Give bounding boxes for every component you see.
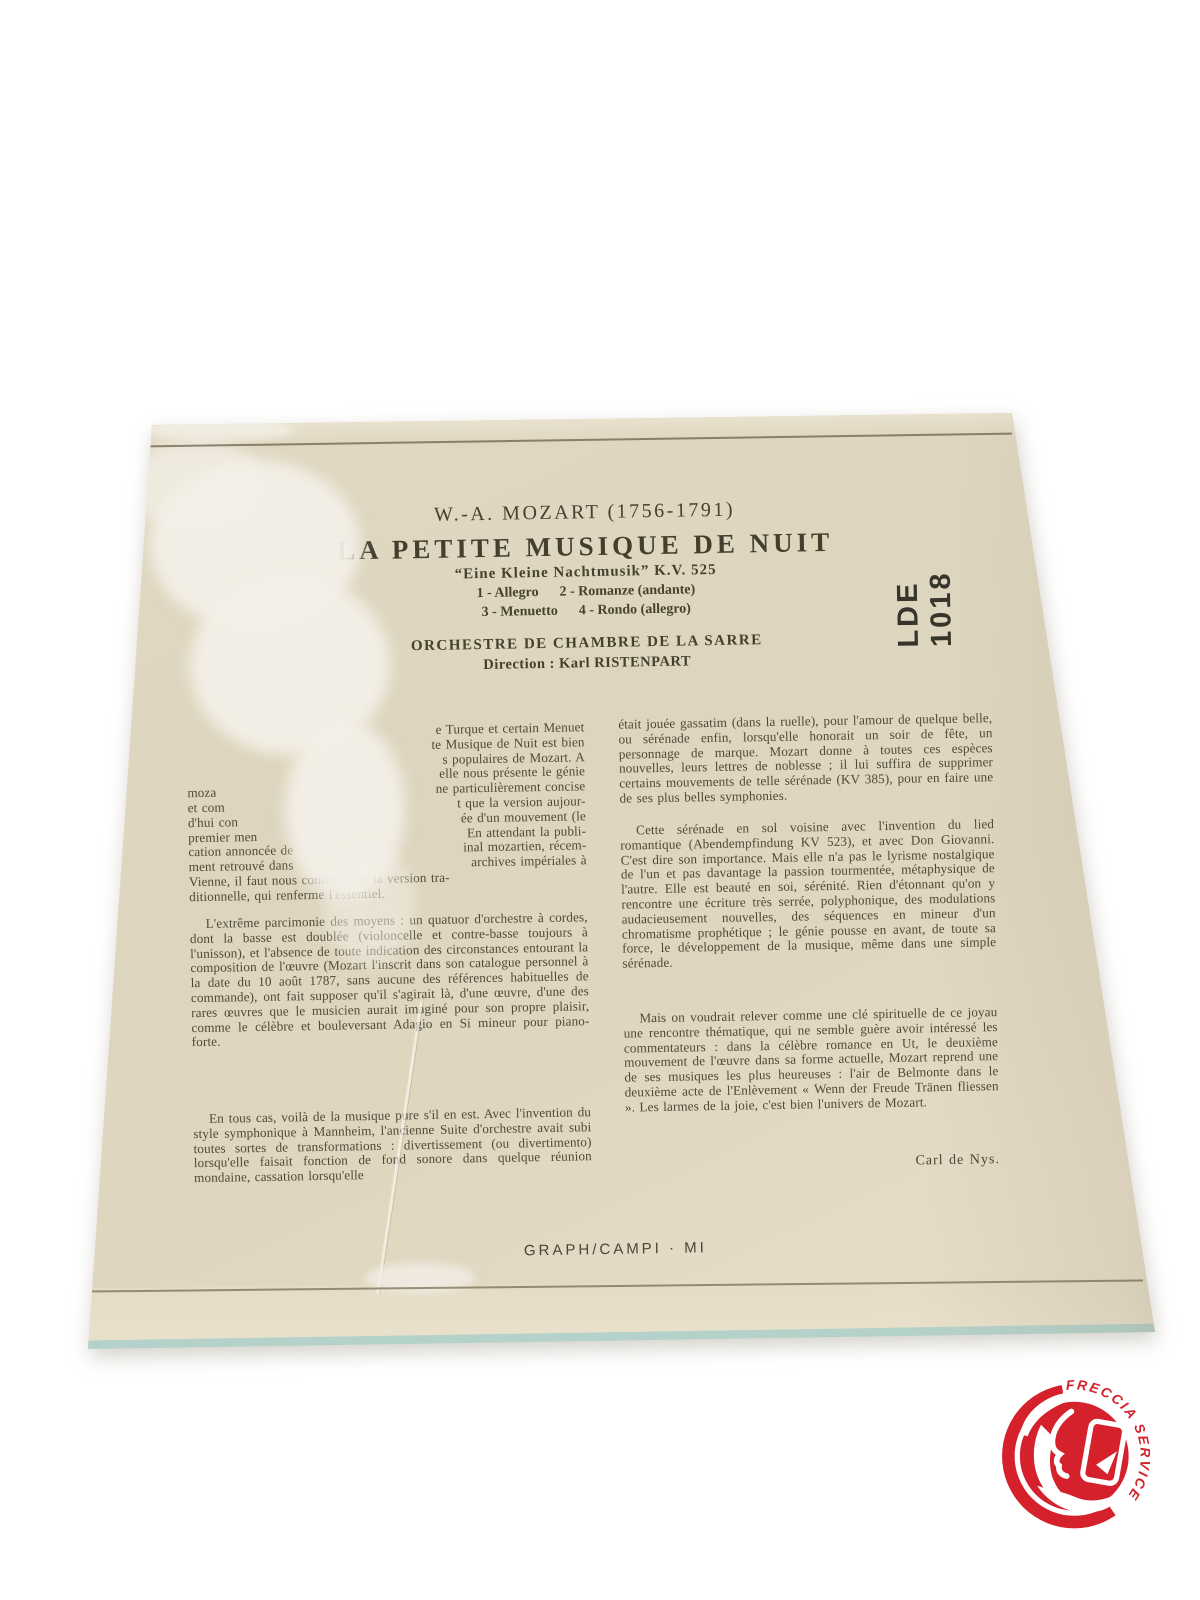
- liner-notes-right-column: était jouée gassatim (dans la ruelle), p…: [618, 711, 992, 718]
- author-signature: Carl de Nys.: [915, 1153, 1000, 1169]
- right-paragraph-2: Cette sérénade en sol voisine avec l'inv…: [620, 817, 997, 971]
- left-paragraph-1: e Turque et certain Menuet te Musique de…: [186, 720, 587, 904]
- composer-line: W.-A. MOZART (1756-1791): [224, 495, 944, 531]
- right-paragraph-1: était jouée gassatim (dans la ruelle), p…: [618, 711, 993, 806]
- liner-notes-left-column: e Turque et certain Menuet te Musique de…: [186, 720, 584, 727]
- left-paragraph-3: En tous cas, voilà de la musique pure s'…: [193, 1105, 592, 1186]
- record-sleeve-back: W.-A. MOZART (1756-1791) LA PETITE MUSIQ…: [80, 405, 1165, 1363]
- sleeve-paper: W.-A. MOZART (1756-1791) LA PETITE MUSIQ…: [80, 405, 1165, 1363]
- printer-credit: GRAPH/CAMPI · MI: [425, 1237, 805, 1261]
- product-photo: W.-A. MOZART (1756-1791) LA PETITE MUSIQ…: [0, 0, 1200, 1600]
- freccia-service-logo: FRECCIA SERVICE: [984, 1364, 1174, 1554]
- catalog-number: LDE 1018: [890, 495, 959, 648]
- right-paragraph-3: Mais on voudrait relever comme une clé s…: [623, 1005, 999, 1115]
- printed-liner-notes: W.-A. MOZART (1756-1791) LA PETITE MUSIQ…: [73, 395, 1175, 1372]
- header-block: W.-A. MOZART (1756-1791) LA PETITE MUSIQ…: [224, 495, 947, 679]
- left-paragraph-2: L'extrême parcimonie des moyens : un qua…: [190, 910, 590, 1050]
